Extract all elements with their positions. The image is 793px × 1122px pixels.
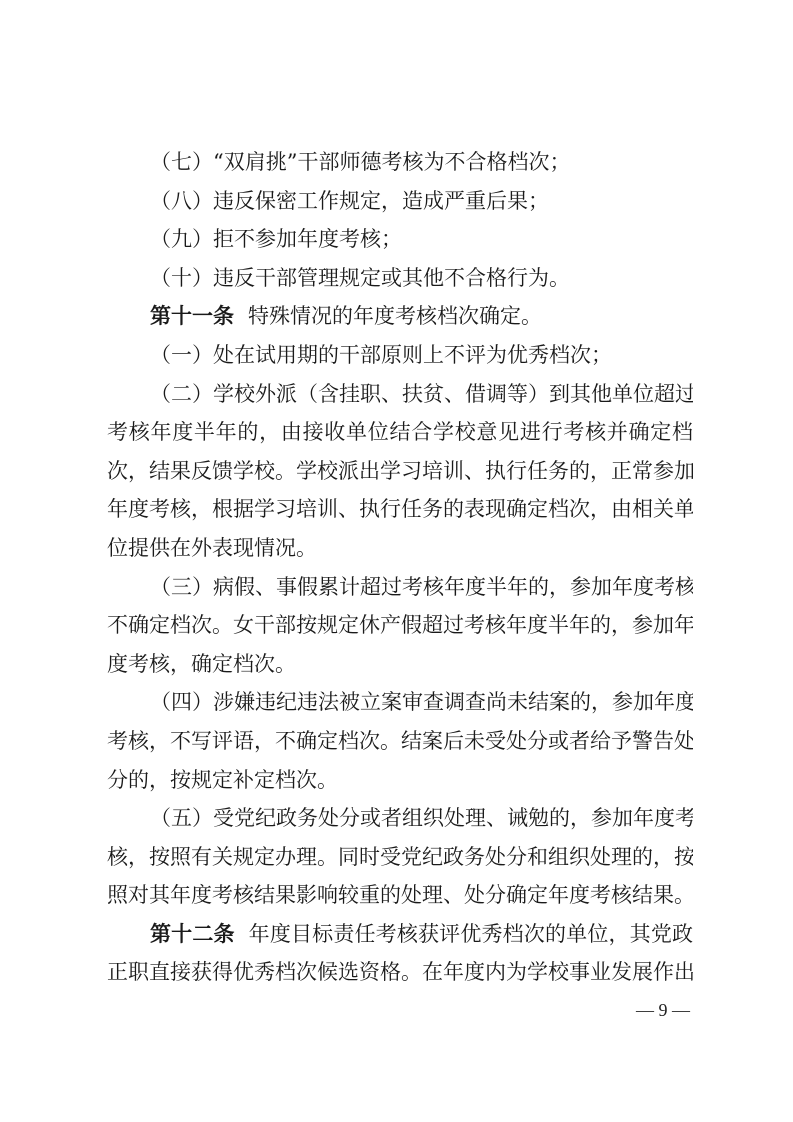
article-11-item-5-line-3: 照对其年度考核结果影响较重的处理、处分确定年度考核结果。 xyxy=(107,876,693,915)
article-11-title: 特殊情况的年度考核档次确定。 xyxy=(248,304,542,328)
article-11-item-2-line-4: 年度考核，根据学习培训、执行任务的表现确定档次，由相关单 xyxy=(107,490,693,529)
article-11-item-1: （一）处在试用期的干部原则上不评为优秀档次； xyxy=(107,336,693,375)
article-11-item-2-line-3: 次，结果反馈学校。学校派出学习培训、执行任务的，正常参加 xyxy=(107,452,693,491)
article-12-heading-line: 第十二条年度目标责任考核获评优秀档次的单位，其党政 xyxy=(107,915,693,954)
article-12-line-2: 正职直接获得优秀档次候选资格。在年度内为学校事业发展作出 xyxy=(107,953,693,992)
article-11-item-2-line-1: （二）学校外派（含挂职、扶贫、借调等）到其他单位超过 xyxy=(107,375,693,414)
article-11-item-5-line-2: 核，按照有关规定办理。同时受党纪政务处分和组织处理的，按 xyxy=(107,838,693,877)
article-11-item-2-line-2: 考核年度半年的，由接收单位结合学校意见进行考核并确定档 xyxy=(107,413,693,452)
body-text: （七）“双肩挑”干部师德考核为不合格档次； （八）违反保密工作规定，造成严重后果… xyxy=(107,143,693,992)
article-11-item-5-line-1: （五）受党纪政务处分或者组织处理、诫勉的，参加年度考 xyxy=(107,799,693,838)
list-item-8: （八）违反保密工作规定，造成严重后果； xyxy=(107,182,693,221)
article-11-item-2-line-5: 位提供在外表现情况。 xyxy=(107,529,693,568)
list-item-9: （九）拒不参加年度考核； xyxy=(107,220,693,259)
list-item-7: （七）“双肩挑”干部师德考核为不合格档次； xyxy=(107,143,693,182)
article-11-heading-line: 第十一条特殊情况的年度考核档次确定。 xyxy=(107,297,693,336)
article-11-item-3-line-3: 度考核，确定档次。 xyxy=(107,645,693,684)
list-item-10: （十）违反干部管理规定或其他不合格行为。 xyxy=(107,259,693,298)
article-11-item-3-line-1: （三）病假、事假累计超过考核年度半年的，参加年度考核， xyxy=(107,568,693,607)
article-11-label: 第十一条 xyxy=(150,304,234,328)
page-number: — 9 — xyxy=(628,1000,698,1021)
article-12-label: 第十二条 xyxy=(150,922,235,946)
article-11-item-4-line-1: （四）涉嫌违纪违法被立案审查调查尚未结案的，参加年度 xyxy=(107,683,693,722)
document-page: （七）“双肩挑”干部师德考核为不合格档次； （八）违反保密工作规定，造成严重后果… xyxy=(0,0,793,1122)
article-11-item-4-line-2: 考核，不写评语，不确定档次。结案后未受处分或者给予警告处 xyxy=(107,722,693,761)
article-11-item-3-line-2: 不确定档次。女干部按规定休产假超过考核年度半年的，参加年 xyxy=(107,606,693,645)
article-11-item-4-line-3: 分的，按规定补定档次。 xyxy=(107,761,693,800)
article-12-text: 年度目标责任考核获评优秀档次的单位，其党政 xyxy=(249,922,693,946)
